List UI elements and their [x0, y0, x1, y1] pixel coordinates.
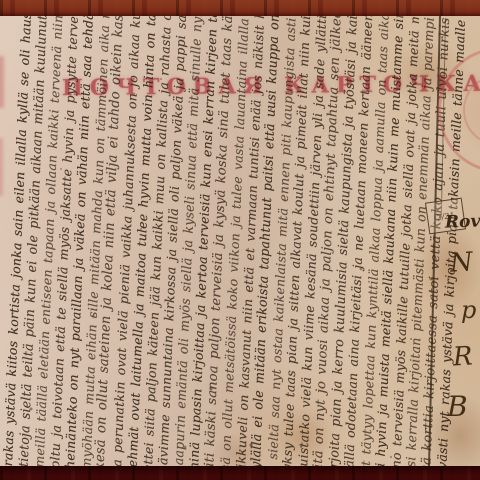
handwriting-area: rakas ystävä kiitos kortista jonka sain …: [0, 16, 480, 466]
postmark-inner-circle-icon: [463, 75, 480, 145]
address-partial-letter: p: [461, 296, 476, 324]
postcard-photo: { "scene": { "description": "Photograph …: [0, 0, 480, 480]
address-partial-letter: B: [447, 390, 468, 423]
postcard: ПОЧТОВАЯ КАРТОЧКА rakas ystävä kiitos ko…: [0, 16, 480, 466]
address-line-fragment: Rov: [445, 211, 480, 232]
handwriting-columns: rakas ystävä kiitos kortista jonka sain …: [0, 16, 480, 466]
address-partial-letter: R: [452, 342, 473, 373]
address-partial-letter: N: [449, 247, 474, 279]
